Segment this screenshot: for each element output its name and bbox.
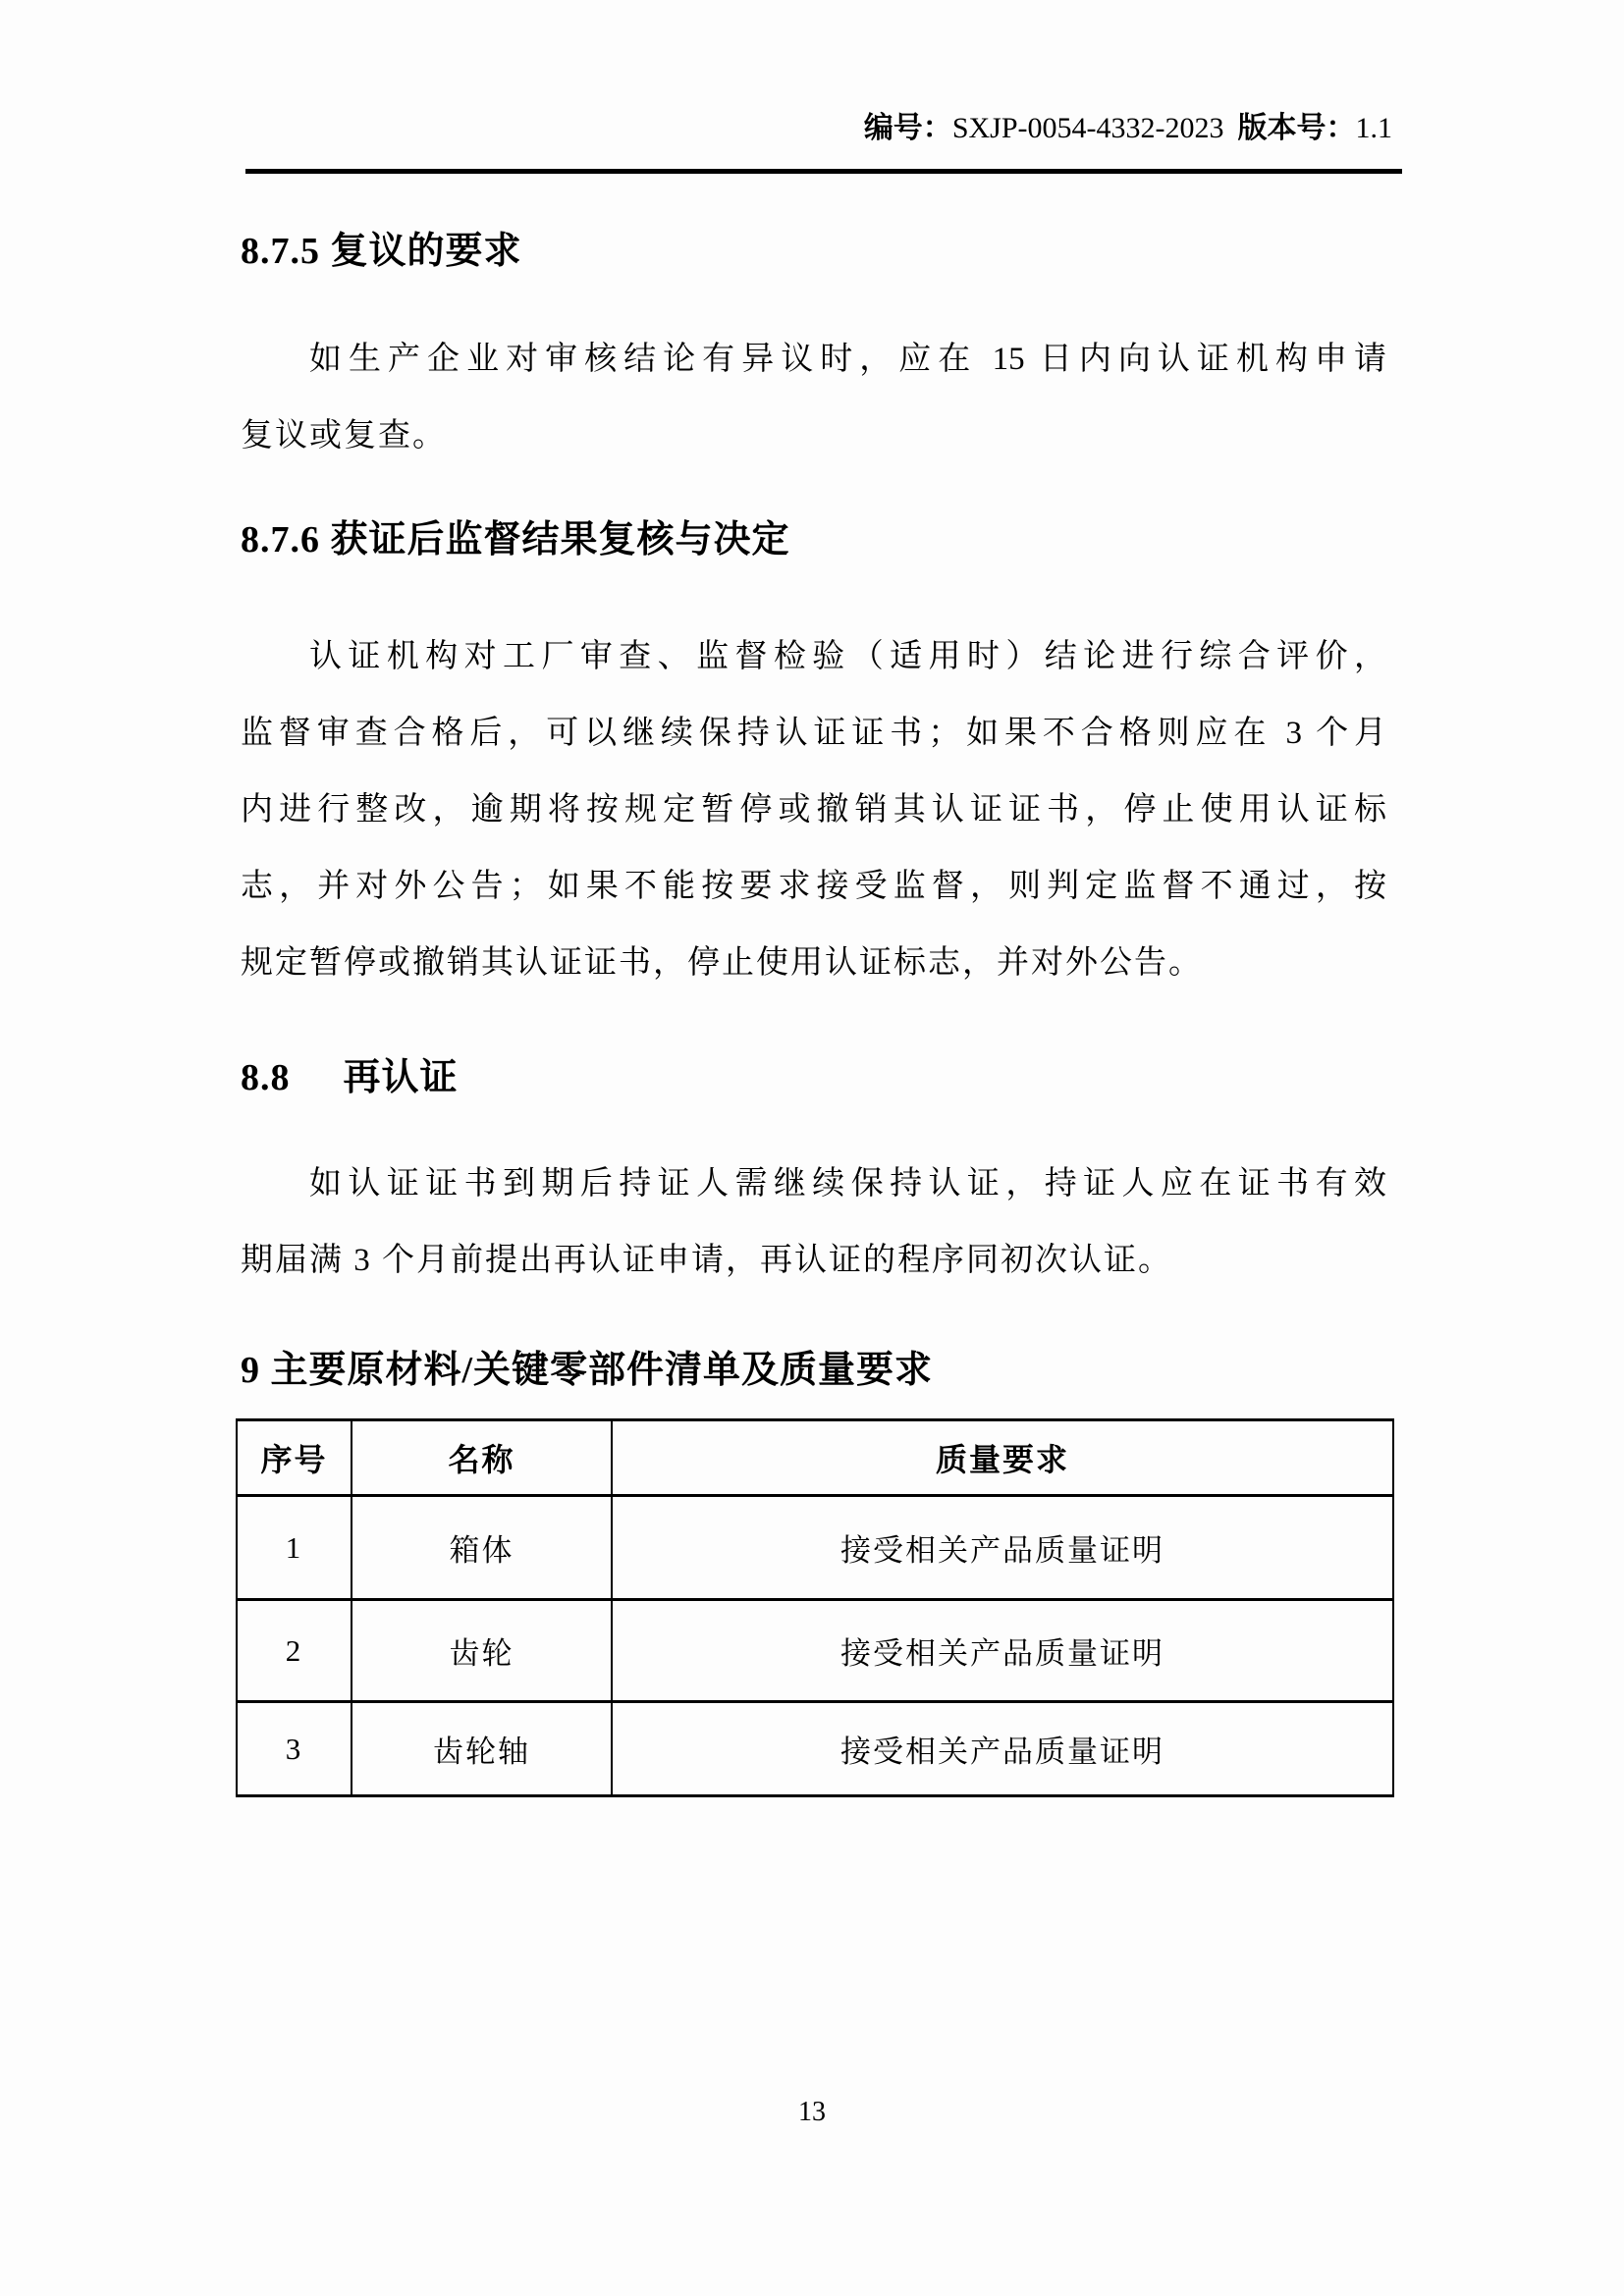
- paragraph-line: 内进行整改，逾期将按规定暂停或撤销其认证证书，停止使用认证标: [241, 772, 1386, 848]
- table-cell: 1: [237, 1496, 352, 1600]
- section-heading-875: 8.7.5 复议的要求: [241, 226, 522, 277]
- table-body: 1箱体接受相关产品质量证明2齿轮接受相关产品质量证明3齿轮轴接受相关产品质量证明: [237, 1496, 1393, 1796]
- table-cell: 3: [237, 1702, 352, 1796]
- table-cell: 接受相关产品质量证明: [612, 1496, 1393, 1600]
- section-heading-88: 8.8再认证: [241, 1052, 459, 1103]
- paragraph-line: 监督审查合格后，可以继续保持认证证书；如果不合格则应在 3 个月: [241, 695, 1386, 772]
- paragraph-line: 规定暂停或撤销其认证证书，停止使用认证标志，并对外公告。: [241, 925, 1386, 1001]
- table-cell: 2: [237, 1600, 352, 1702]
- page-header-meta: 编号：SXJP-0054-4332-2023版本号：1.1: [864, 108, 1392, 149]
- paragraph-line: 认证机构对工厂审查、监督检验（适用时）结论进行综合评价，: [241, 618, 1386, 695]
- table-row: 3齿轮轴接受相关产品质量证明: [237, 1702, 1393, 1796]
- page-number: 13: [0, 2093, 1624, 2132]
- paragraph-line: 如生产企业对审核结论有异议时，应在 15 日内向认证机构申请: [241, 321, 1386, 398]
- table-cell: 箱体: [352, 1496, 612, 1600]
- paragraph-876: 认证机构对工厂审查、监督检验（适用时）结论进行综合评价，监督审查合格后，可以继续…: [241, 618, 1386, 1001]
- materials-table: 序号名称质量要求 1箱体接受相关产品质量证明2齿轮接受相关产品质量证明3齿轮轴接…: [236, 1418, 1394, 1797]
- table-cell: 接受相关产品质量证明: [612, 1600, 1393, 1702]
- paragraph-line: 复议或复查。: [241, 398, 1386, 474]
- section-heading-876: 8.7.6 获证后监督结果复核与决定: [241, 514, 790, 565]
- table-cell: 齿轮: [352, 1600, 612, 1702]
- document-page: 编号：SXJP-0054-4332-2023版本号：1.1 8.7.5 复议的要…: [0, 0, 1624, 2296]
- table-header-cell: 序号: [237, 1420, 352, 1496]
- section-title: 再认证: [344, 1057, 459, 1098]
- header-rule: [245, 169, 1402, 174]
- table-cell: 齿轮轴: [352, 1702, 612, 1796]
- table-header-row: 序号名称质量要求: [237, 1420, 1393, 1496]
- version-label: 版本号：: [1238, 112, 1356, 144]
- doc-number-label: 编号：: [864, 112, 952, 144]
- paragraph-875: 如生产企业对审核结论有异议时，应在 15 日内向认证机构申请复议或复查。: [241, 321, 1386, 474]
- section-number: 8.8: [241, 1057, 291, 1098]
- paragraph-line: 志，并对外公告；如果不能按要求接受监督，则判定监督不通过，按: [241, 848, 1386, 925]
- table-header-cell: 质量要求: [612, 1420, 1393, 1496]
- table-row: 2齿轮接受相关产品质量证明: [237, 1600, 1393, 1702]
- table-cell: 接受相关产品质量证明: [612, 1702, 1393, 1796]
- table-head: 序号名称质量要求: [237, 1420, 1393, 1496]
- doc-number-value: SXJP-0054-4332-2023: [952, 112, 1224, 144]
- table-row: 1箱体接受相关产品质量证明: [237, 1496, 1393, 1600]
- paragraph-88: 如认证证书到期后持证人需继续保持认证，持证人应在证书有效期届满 3 个月前提出再…: [241, 1146, 1386, 1299]
- paragraph-line: 期届满 3 个月前提出再认证申请，再认证的程序同初次认证。: [241, 1222, 1386, 1299]
- table-header-cell: 名称: [352, 1420, 612, 1496]
- paragraph-line: 如认证证书到期后持证人需继续保持认证，持证人应在证书有效: [241, 1146, 1386, 1222]
- version-value: 1.1: [1356, 112, 1393, 144]
- section-heading-9: 9 主要原材料/关键零部件清单及质量要求: [241, 1345, 933, 1396]
